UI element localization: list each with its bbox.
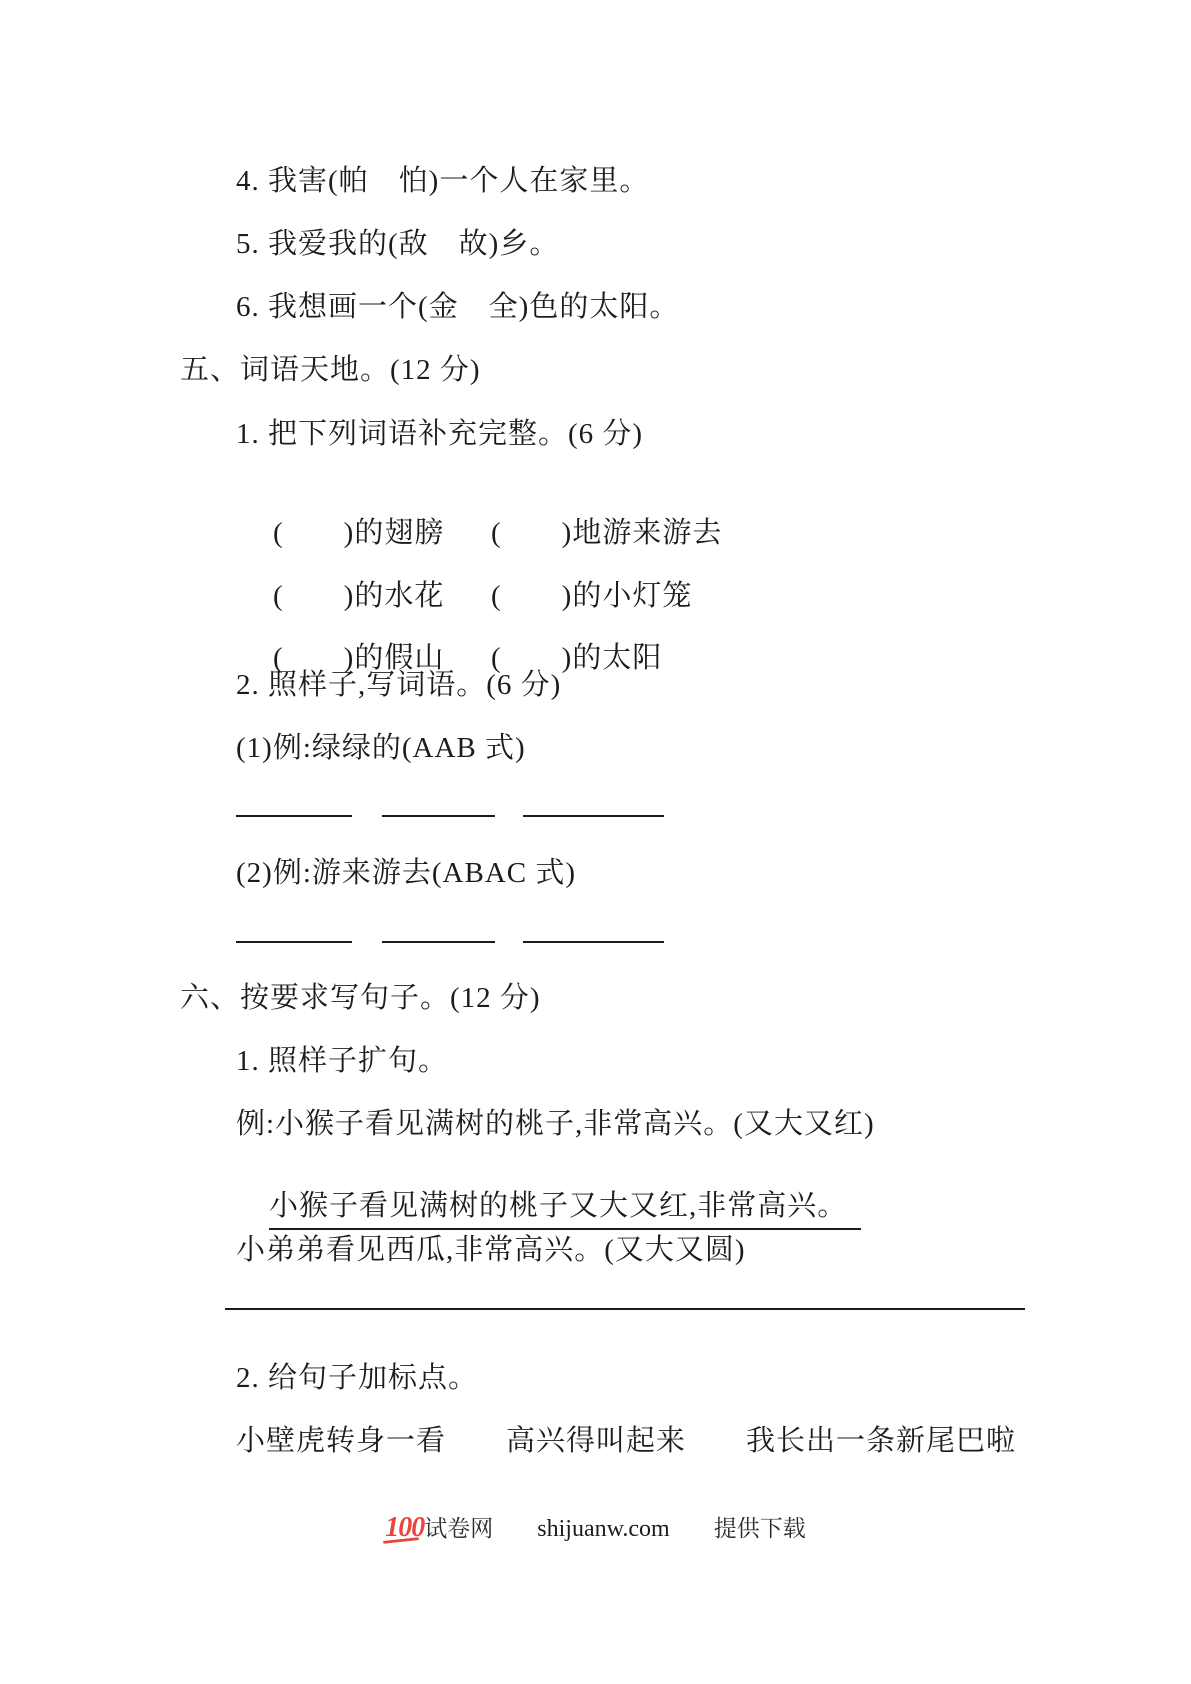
answer-blank-row — [236, 795, 664, 817]
answer-blank-row — [236, 921, 664, 943]
logo-site-name: 试卷网 — [424, 1510, 493, 1543]
section-six-q1-example: 例:小猴子看见满树的桃子,非常高兴。(又大又红) — [236, 1106, 875, 1142]
section-five-q2-sub2: (2)例:游来游去(ABAC 式) — [236, 855, 576, 891]
logo-underline-swoosh-icon — [383, 1537, 419, 1544]
section-five-q2-sub1: (1)例:绿绿的(AAB 式) — [236, 730, 526, 766]
logo-100-icon: 100 — [385, 1512, 424, 1544]
answer-blank — [523, 795, 664, 817]
footer-domain: shijuanw.com — [537, 1516, 669, 1543]
test-paper-page: 4. 我害(帕 怕)一个人在家里。 5. 我爱我的(敌 故)乡。 6. 我想画一… — [0, 0, 1191, 1684]
section-six-q1-exercise: 小弟弟看见西瓜,非常高兴。(又大又圆) — [236, 1232, 746, 1268]
answer-blank — [523, 921, 664, 943]
question-item-6: 6. 我想画一个(金 全)色的太阳。 — [236, 289, 679, 325]
footer: 100试卷网 shijuanw.com 提供下载 — [0, 1510, 1191, 1544]
section-five-q2-label: 2. 照样子,写词语。(6 分) — [236, 667, 561, 703]
section-five-title: 五、词语天地。(12 分) — [180, 352, 481, 388]
answer-blank — [382, 795, 495, 817]
question-item-4: 4. 我害(帕 怕)一个人在家里。 — [236, 163, 649, 199]
footer-tagline: 提供下载 — [714, 1510, 806, 1543]
shijuanw-logo: 100试卷网 — [385, 1510, 493, 1544]
answer-blank — [236, 921, 352, 943]
section-five-q1-label: 1. 把下列词语补充完整。(6 分) — [236, 416, 643, 452]
section-six-q1-label: 1. 照样子扩句。 — [236, 1043, 448, 1079]
section-six-q2-label: 2. 给句子加标点。 — [236, 1360, 478, 1396]
question-item-5: 5. 我爱我的(敌 故)乡。 — [236, 226, 559, 262]
answer-line — [225, 1308, 1025, 1310]
example-answer-text: 小猴子看见满树的桃子又大又红,非常高兴。 — [269, 1188, 861, 1230]
section-six-title: 六、按要求写句子。(12 分) — [180, 980, 541, 1016]
answer-blank — [236, 795, 352, 817]
answer-blank — [382, 921, 495, 943]
section-six-q2-sentence: 小壁虎转身一看 高兴得叫起来 我长出一条新尾巴啦 — [236, 1423, 1016, 1459]
